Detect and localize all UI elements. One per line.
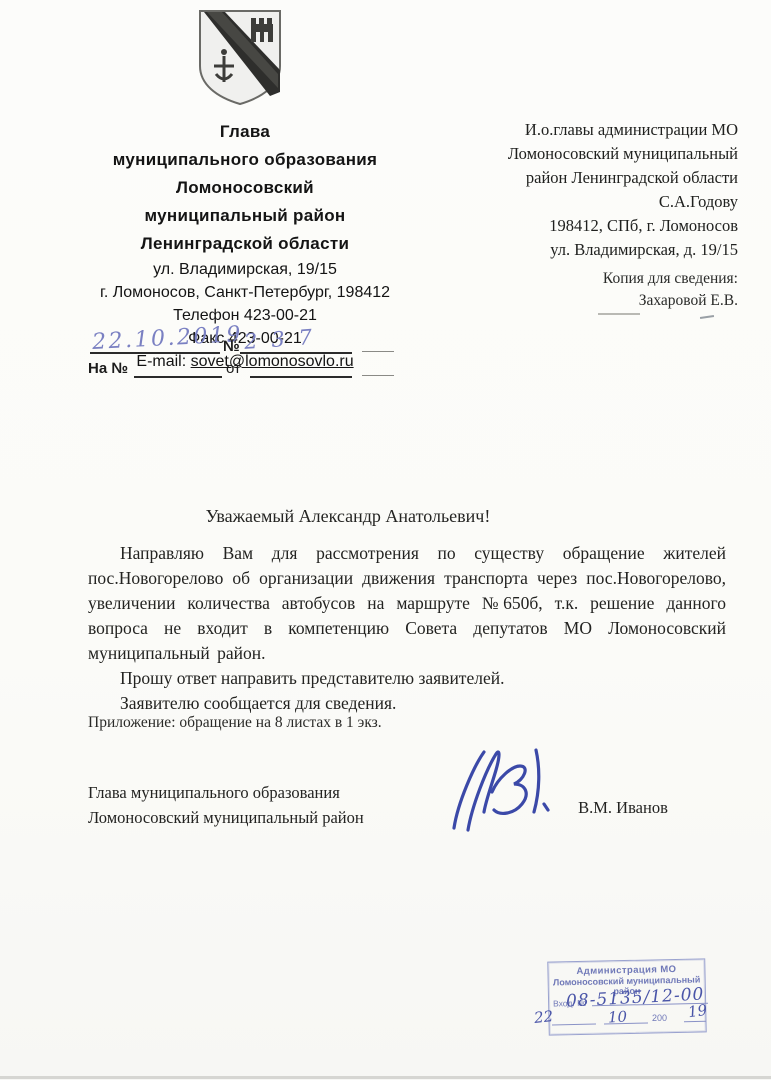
stamp-handwritten-year: 19 [687, 1001, 708, 1021]
recipient-line: Ломоносовский муниципальный [430, 142, 738, 166]
number-blank-line [240, 352, 352, 354]
signer-position-line: Глава муниципального образования [88, 780, 448, 805]
letterhead-title-line: муниципальный район [70, 202, 420, 230]
recipient-name: С.А.Годову [430, 190, 738, 214]
date-blank-line [90, 352, 220, 354]
email-label: E-mail: [136, 353, 186, 370]
letterhead-title-line: муниципального образования [70, 146, 420, 174]
copy-label: Копия для сведения: [430, 268, 738, 290]
coat-of-arms-icon [194, 8, 286, 108]
scan-smudge [700, 315, 714, 319]
body-paragraph: Направляю Вам для рассмотрения по сущест… [88, 541, 726, 666]
reply-to-label: На № [88, 360, 128, 377]
signer-name: В.М. Иванов [558, 798, 688, 818]
letterhead-address-line: ул. Владимирская, 19/15 [70, 258, 420, 281]
recipient-block: И.о.главы администрации МО Ломоносовский… [430, 118, 738, 262]
reply-number-blank-line [134, 376, 222, 378]
body-paragraph: Прошу ответ направить представителю заяв… [88, 666, 726, 691]
short-blank-line [362, 375, 394, 376]
body-paragraph: Заявителю сообщается для сведения. [88, 691, 726, 716]
copy-name: Захаровой Е.В. [430, 290, 738, 312]
from-date-blank-line [250, 376, 352, 378]
number-sign-label: № [223, 338, 240, 355]
scan-smudge [598, 313, 640, 315]
from-label: от [226, 360, 241, 377]
letter-body: Направляю Вам для рассмотрения по сущест… [88, 541, 726, 716]
letterhead-title-line: Ломоносовский [70, 174, 420, 202]
recipient-line: район Ленинградской области [430, 166, 738, 190]
recipient-line: И.о.главы администрации МО [430, 118, 738, 142]
scan-bottom-edge [0, 1076, 771, 1079]
letterhead-title-line: Глава [70, 118, 420, 146]
salutation: Уважаемый Александр Анатольевич! [88, 506, 608, 527]
attachment-note: Приложение: обращение на 8 листах в 1 эк… [88, 714, 648, 732]
short-blank-line [362, 351, 394, 352]
letterhead-phone: Телефон 423-00-21 [70, 304, 420, 327]
recipient-line: ул. Владимирская, д. 19/15 [430, 238, 738, 262]
recipient-line: 198412, СПб, г. Ломоносов [430, 214, 738, 238]
stamp-year-prefix: 200 [652, 1013, 667, 1023]
scanned-letter-page: Глава муниципального образования Ломонос… [0, 0, 771, 1080]
email-link[interactable]: sovet@lomonosovlo.ru [191, 353, 354, 370]
signer-position-line: Ломоносовский муниципальный район [88, 805, 448, 830]
letterhead-address-line: г. Ломоносов, Санкт-Петербург, 198412 [70, 281, 420, 304]
handwritten-signature-icon [440, 740, 580, 840]
signer-position-block: Глава муниципального образования Ломонос… [88, 780, 448, 830]
copy-for-information-block: Копия для сведения: Захаровой Е.В. [430, 268, 738, 312]
stamp-handwritten-month: 10 [608, 1008, 628, 1027]
stamp-handwritten-day: 22 [533, 1007, 554, 1027]
letterhead-title-line: Ленинградской области [70, 230, 420, 258]
